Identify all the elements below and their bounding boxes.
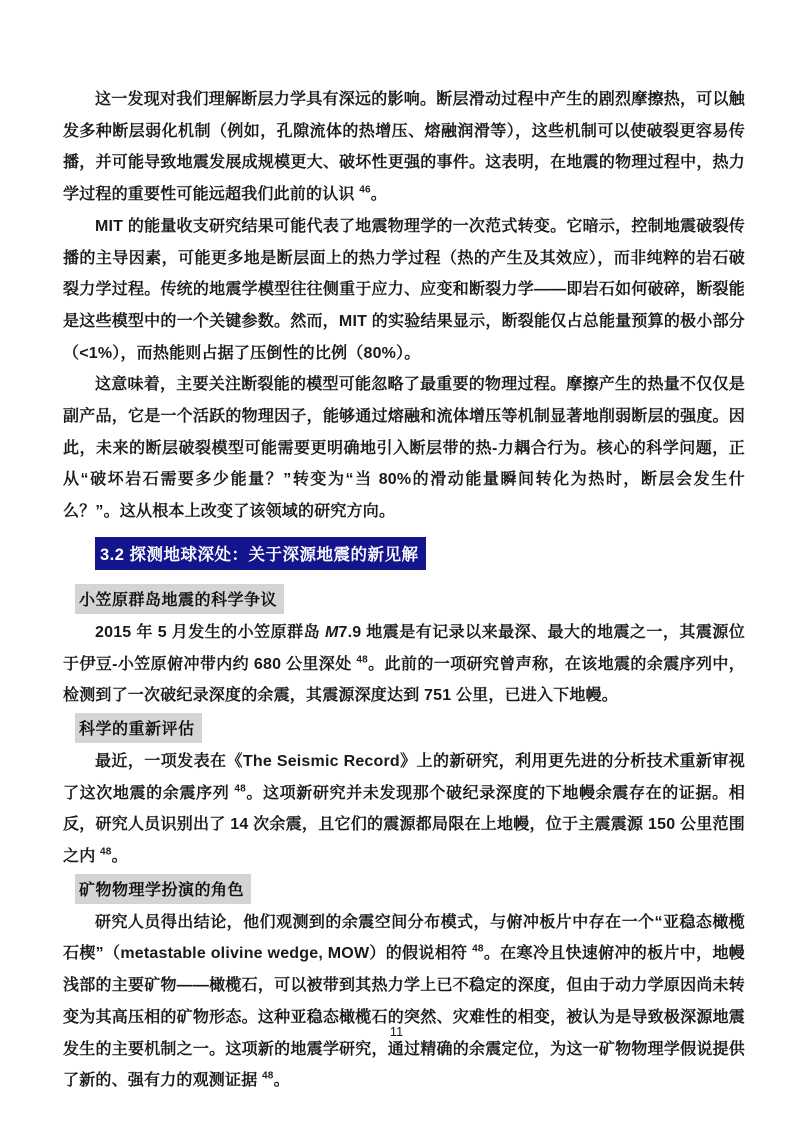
sub-heading: 科学的重新评估 xyxy=(75,713,202,743)
body-paragraph: 这一发现对我们理解断层力学具有深远的影响。断层滑动过程中产生的剧烈摩擦热，可以触… xyxy=(63,84,745,211)
sub-heading: 小笠原群岛地震的科学争议 xyxy=(75,584,284,614)
section-heading: 3.2 探测地球深处：关于深源地震的新见解 xyxy=(95,537,426,570)
text-run: 。在寒冷且快速俯冲的板片中，地幔浅部的主要矿物——橄榄石，可以被带到其热力学上已… xyxy=(63,945,745,1089)
text-run: 。 xyxy=(274,1072,290,1089)
footnote-ref: 48 xyxy=(100,847,112,858)
sub-heading-row: 小笠原群岛地震的科学争议 xyxy=(75,584,745,614)
text-run: 2015 年 5 月发生的小笠原群岛 xyxy=(95,624,325,641)
sub-heading-row: 矿物物理学扮演的角色 xyxy=(75,874,745,904)
text-run: 这意味着，主要关注断裂能的模型可能忽略了最重要的物理过程。摩擦产生的热量不仅仅是… xyxy=(63,376,745,520)
text-run: 。 xyxy=(112,848,128,865)
sub-heading: 矿物物理学扮演的角色 xyxy=(75,874,251,904)
text-run: MIT 的能量收支研究结果可能代表了地震物理学的一次范式转变。它暗示，控制地震破… xyxy=(63,218,745,362)
footnote-ref: 48 xyxy=(234,783,246,794)
text-run: 这一发现对我们理解断层力学具有深远的影响。断层滑动过程中产生的剧烈摩擦热，可以触… xyxy=(63,91,745,203)
footnote-ref: 48 xyxy=(356,654,368,665)
italic-run: M xyxy=(325,624,339,641)
body-paragraph: 2015 年 5 月发生的小笠原群岛 M7.9 地震是有记录以来最深、最大的地震… xyxy=(63,617,745,712)
body-paragraph: 最近，一项发表在《The Seismic Record》上的新研究，利用更先进的… xyxy=(63,746,745,873)
body-paragraph: 这意味着，主要关注断裂能的模型可能忽略了最重要的物理过程。摩擦产生的热量不仅仅是… xyxy=(63,369,745,528)
footnote-ref: 46 xyxy=(359,185,371,196)
document-page: 这一发现对我们理解断层力学具有深远的影响。断层滑动过程中产生的剧烈摩擦热，可以触… xyxy=(0,0,793,1122)
text-run: 。 xyxy=(371,186,387,203)
sub-heading-row: 科学的重新评估 xyxy=(75,713,745,743)
body-paragraph: MIT 的能量收支研究结果可能代表了地震物理学的一次范式转变。它暗示，控制地震破… xyxy=(63,211,745,370)
body-paragraph: 研究人员得出结论，他们观测到的余震空间分布模式，与俯冲板片中存在一个“亚稳态橄榄… xyxy=(63,907,745,1097)
section-heading-row: 3.2 探测地球深处：关于深源地震的新见解 xyxy=(95,537,745,570)
footnote-ref: 48 xyxy=(472,944,484,955)
document-body: 这一发现对我们理解断层力学具有深远的影响。断层滑动过程中产生的剧烈摩擦热，可以触… xyxy=(0,0,793,1097)
footnote-ref: 48 xyxy=(262,1071,274,1082)
page-number: 11 xyxy=(0,1024,793,1039)
